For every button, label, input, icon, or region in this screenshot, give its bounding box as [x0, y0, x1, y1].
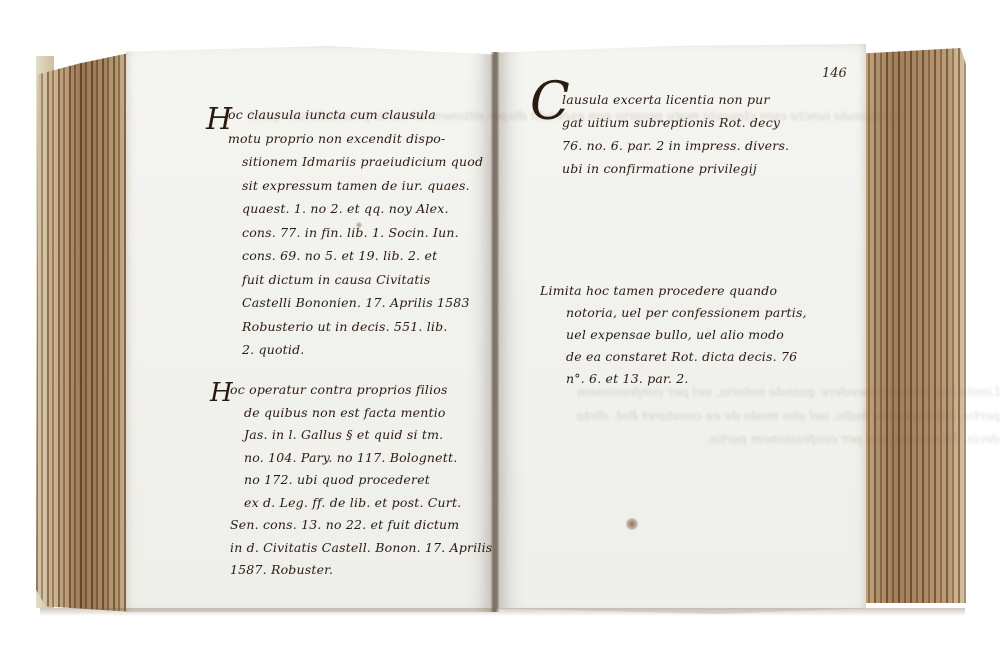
open-manuscript-photo: oc clausula iuncta cum clausula motu pro…	[0, 0, 1000, 658]
right-paragraph1: lausula excerta licentia non pur gat uit…	[562, 88, 789, 180]
left-paragraph2: oc operatur contra proprios filios de qu…	[230, 379, 492, 582]
folio-number: 146	[822, 66, 847, 81]
left-paragraph1: oc clausula iuncta cum clausula motu pro…	[228, 103, 483, 362]
right-page-show-through: Limita hoc tamen procedere quando notori…	[560, 380, 1000, 451]
right-paragraph2: Limita hoc tamen procedere quando notori…	[540, 280, 807, 390]
ink-blot	[356, 222, 362, 228]
left-fore-edge	[36, 52, 134, 612]
ink-stain	[626, 518, 638, 530]
page-bottom-shadow	[40, 608, 965, 616]
right-fore-edge	[862, 48, 966, 603]
